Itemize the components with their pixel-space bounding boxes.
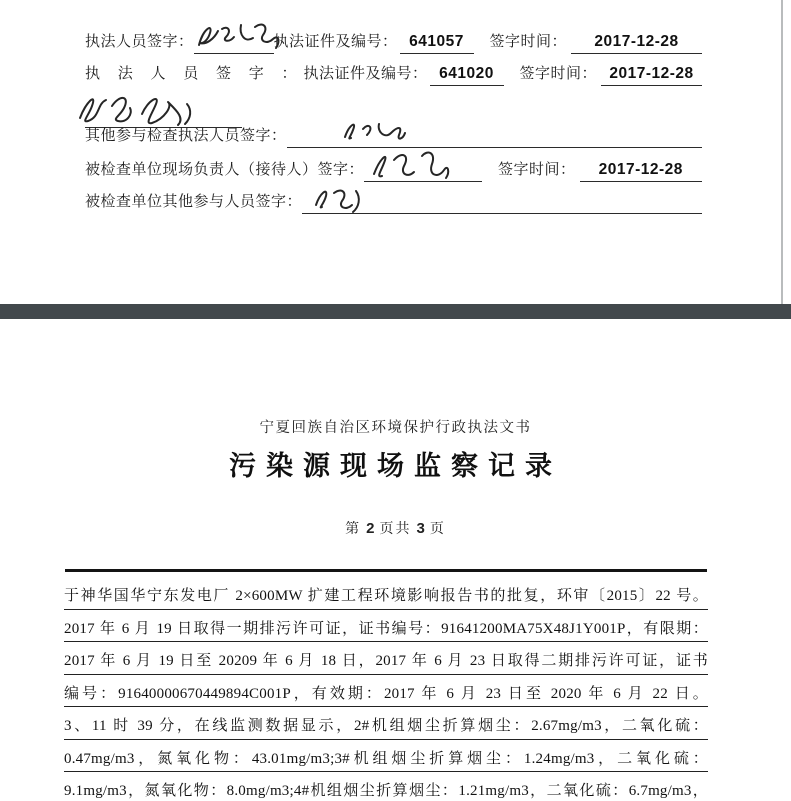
page-1-signature-section: 执法人员签字： 执法证件及编号： 641057 签字时间： 2017-12-28… xyxy=(0,0,791,304)
sign-time-value: 2017-12-28 xyxy=(580,161,702,182)
document-title: 污染源现场监察记录 xyxy=(0,444,791,483)
record-text-line: 于神华国华宁东发电厂 2×600MW 扩建工程环境影响报告书的批复，环审〔201… xyxy=(64,577,708,610)
sign-time-label: 签字时间： xyxy=(520,62,598,86)
table-top-border xyxy=(65,569,707,572)
cert-number-value: 641020 xyxy=(430,65,504,86)
total-page-number: 3 xyxy=(412,520,430,537)
enforcer-signature-row-1: 执法人员签字： 执法证件及编号： 641057 签字时间： 2017-12-28 xyxy=(85,30,702,54)
scanned-document-view: { "scan": { "page_gap_color": "#42484c",… xyxy=(0,0,791,801)
site-manager-label: 被检查单位现场负责人（接待人）签字： xyxy=(85,158,364,182)
record-text-line: 3、11 时 39 分，在线监测数据显示，2#机组烟尘折算烟尘：2.67mg/m… xyxy=(64,707,708,740)
site-manager-handwritten-signature xyxy=(366,144,458,186)
page-gap-band xyxy=(0,304,791,319)
sign-time-value: 2017-12-28 xyxy=(601,65,702,86)
page-edge-line xyxy=(781,0,783,304)
record-text-line: 9.1mg/m3，氮氧化物：8.0mg/m3;4#机组烟尘折算烟尘：1.21mg… xyxy=(64,772,708,801)
page-2-record-section: 宁夏回族自治区环境保护行政执法文书 污染源现场监察记录 第2页共3页 于神华国华… xyxy=(0,319,791,801)
signature-line xyxy=(287,144,702,148)
record-text-line: 编号：91640000670449894C001P，有效期：2017 年 6 月… xyxy=(64,675,708,708)
enforcer-signature-label: 执 法 人 员 签 字 ： xyxy=(85,62,304,86)
page-indicator-prefix: 第 xyxy=(345,522,361,537)
cert-number-label: 执法证件及编号： xyxy=(274,30,398,54)
record-text-line: 2017 年 6 月 19 日至 20209 年 6 月 18 日，2017 年… xyxy=(64,642,708,675)
signature-line xyxy=(364,178,482,182)
enforcer-signature-label: 执法人员签字： xyxy=(85,30,194,54)
inspector-1-handwritten-signature xyxy=(194,17,282,57)
page-indicator-middle: 页共 xyxy=(380,522,412,537)
page-indicator: 第2页共3页 xyxy=(0,518,791,538)
other-inspector-handwritten-signature xyxy=(339,115,419,147)
page-indicator-suffix: 页 xyxy=(430,522,446,537)
cert-number-label: 执法证件及编号： xyxy=(304,62,428,86)
record-body-text: 于神华国华宁东发电厂 2×600MW 扩建工程环境影响报告书的批复，环审〔201… xyxy=(64,577,708,801)
sign-time-label: 签字时间： xyxy=(490,30,568,54)
enforcer-signature-row-2: 执 法 人 员 签 字 ： 执法证件及编号： 641020 签字时间： 2017… xyxy=(85,62,702,86)
current-page-number: 2 xyxy=(361,520,379,537)
other-participant-handwritten-signature xyxy=(308,181,372,217)
other-inspectors-label: 其他参与检查执法人员签字： xyxy=(85,124,287,148)
other-participants-signature-row: 被检查单位其他参与人员签字： xyxy=(85,190,702,214)
record-text-line: 2017 年 6 月 19 日取得一期排污许可证，证书编号：91641200MA… xyxy=(64,610,708,643)
signature-line xyxy=(302,210,702,214)
cert-number-value: 641057 xyxy=(400,33,474,54)
document-header: 宁夏回族自治区环境保护行政执法文书 xyxy=(0,416,791,437)
sign-time-value: 2017-12-28 xyxy=(571,33,702,54)
sign-time-label: 签字时间： xyxy=(498,158,576,182)
record-text-line: 0.47mg/m3，氮氧化物：43.01mg/m3;3#机组烟尘折算烟尘：1.2… xyxy=(64,740,708,773)
signature-line xyxy=(194,51,274,54)
other-participants-label: 被检查单位其他参与人员签字： xyxy=(85,190,302,214)
site-manager-signature-row: 被检查单位现场负责人（接待人）签字： 签字时间： 2017-12-28 xyxy=(85,158,702,182)
